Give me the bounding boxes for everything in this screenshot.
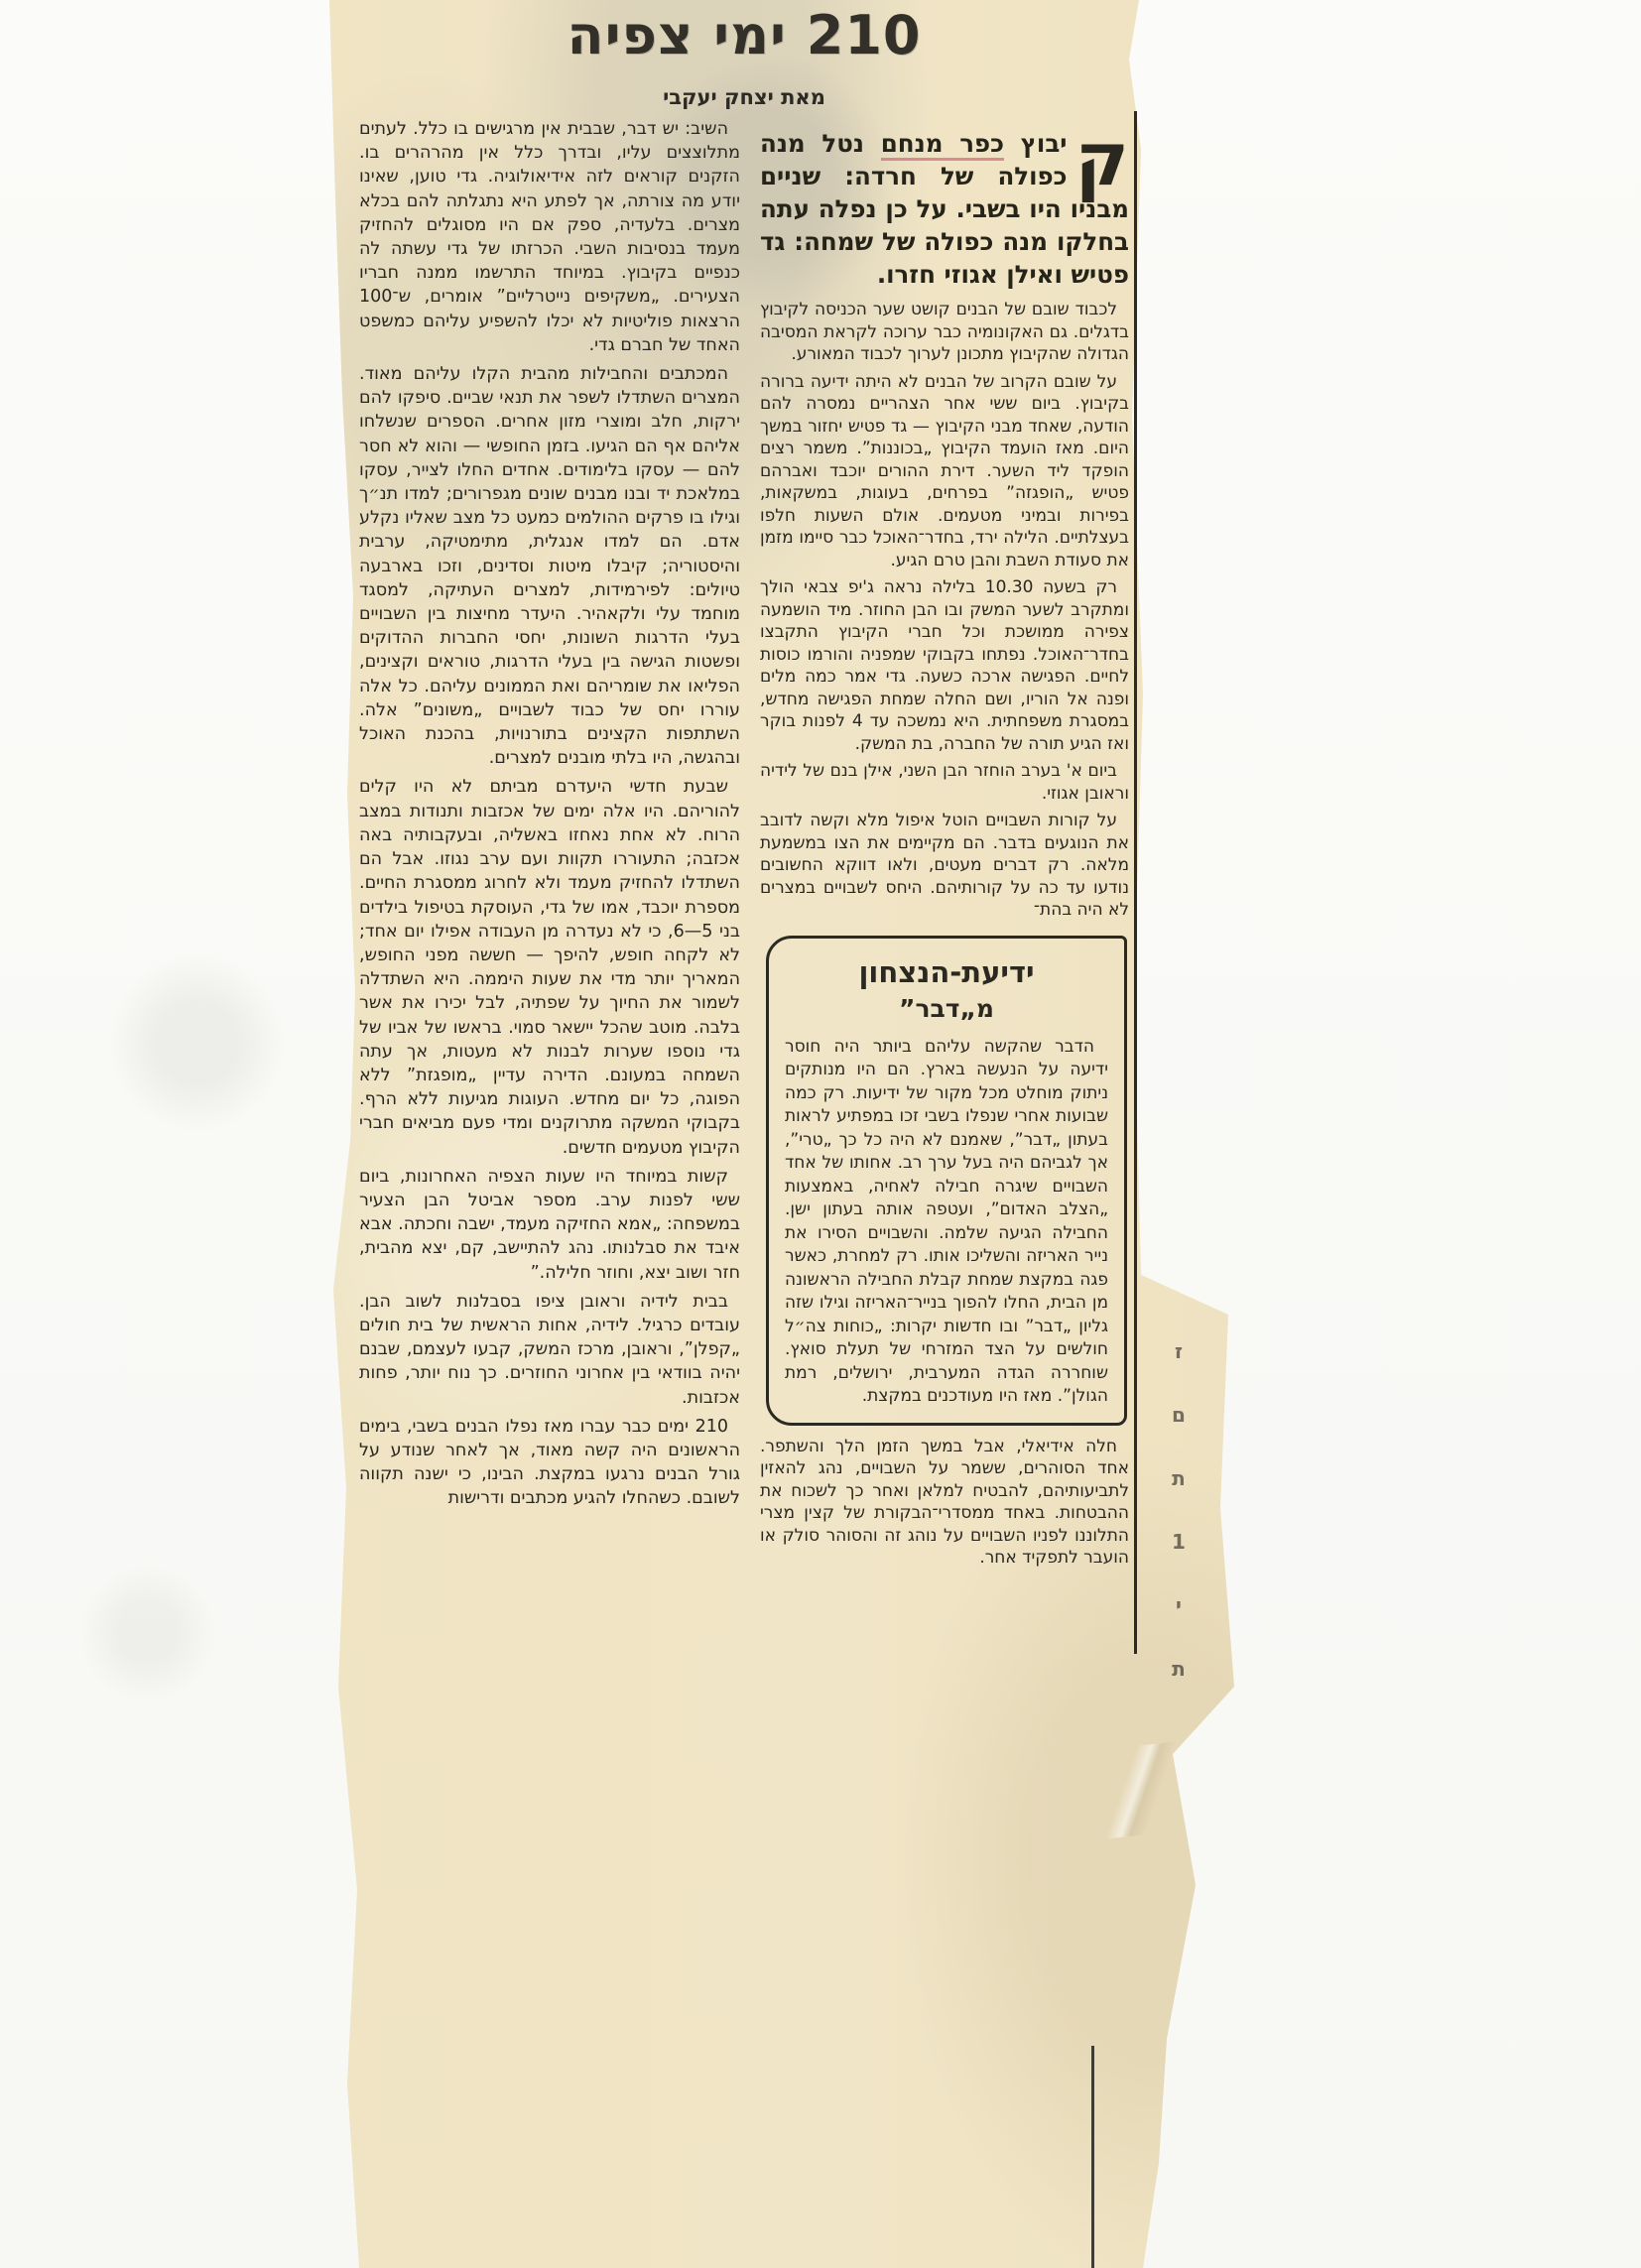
scan-background: 210 ימי צפיה מאת יצחק יעקבי קיבוץ כפר מנ…	[0, 0, 1641, 2268]
paragraph: על שובם הקרוב של הבנים לא היתה ידיעה ברו…	[760, 371, 1129, 572]
column-left: השיב: יש דבר, שבבית אין מרגישים בו כלל. …	[359, 117, 740, 2268]
column-right: קיבוץ כפר מנחם נטל מנה כפולה של חרדה: שנ…	[760, 127, 1129, 2268]
paragraph: לכבוד שובם של הבנים קושט שער הכניסה לקיב…	[760, 299, 1129, 366]
drop-cap-letter: ק	[1075, 131, 1130, 189]
column-divider-rule	[1134, 111, 1137, 1654]
paragraph: על קורות השבויים הוטל איפול מלא וקשה לדו…	[760, 810, 1129, 922]
lead-red-underlined-text: כפר מנחם	[881, 129, 1004, 161]
article-headline: 210 ימי צפיה	[357, 4, 1131, 66]
paragraph: בבית לידיה וראובן ציפו בסבלנות לשוב הבן.…	[359, 1290, 740, 1410]
paragraph: רק בשעה 10.30 בלילה נראה ג'יפ צבאי הולך …	[760, 576, 1129, 755]
paragraph: ביום א' בערב הוחזר הבן השני, אילן בנם של…	[760, 760, 1129, 805]
paragraph: השיב: יש דבר, שבבית אין מרגישים בו כלל. …	[359, 117, 740, 357]
paragraph: חלה אידיאלי, אבל במשך הזמן הלך והשתפר. א…	[760, 1436, 1129, 1570]
column-divider-rule-lower	[1091, 2046, 1094, 2268]
box-subtitle: מ„דבר”	[785, 992, 1108, 1026]
paragraph: שבעת חדשי היעדרם מביתם לא היו קלים להורי…	[359, 775, 740, 1159]
lead-text-pre: יבוץ	[1004, 129, 1068, 158]
paragraph: המכתבים והחבילות מהבית הקלו עליהם מאוד. …	[359, 362, 740, 770]
paragraph: קשות במיוחד היו שעות הצפיה האחרונות, ביו…	[359, 1165, 740, 1285]
paragraph: 210 ימים כבר עברו מאז נפלו הבנים בשבי, ב…	[359, 1415, 740, 1511]
lead-paragraph: קיבוץ כפר מנחם נטל מנה כפולה של חרדה: שנ…	[760, 127, 1129, 291]
torn-edge-text-fragments: ז ם ת 1 י ת	[1149, 1320, 1208, 1716]
box-body-text: הדבר שהקשה עליהם ביותר היה חוסר ידיעה על…	[785, 1036, 1108, 1409]
box-title: ידיעת-הנצחון	[785, 952, 1108, 992]
article-byline: מאת יצחק יעקבי	[357, 85, 1131, 109]
victory-news-box: ידיעת-הנצחון מ„דבר” הדבר שהקשה עליהם ביו…	[766, 936, 1127, 1426]
